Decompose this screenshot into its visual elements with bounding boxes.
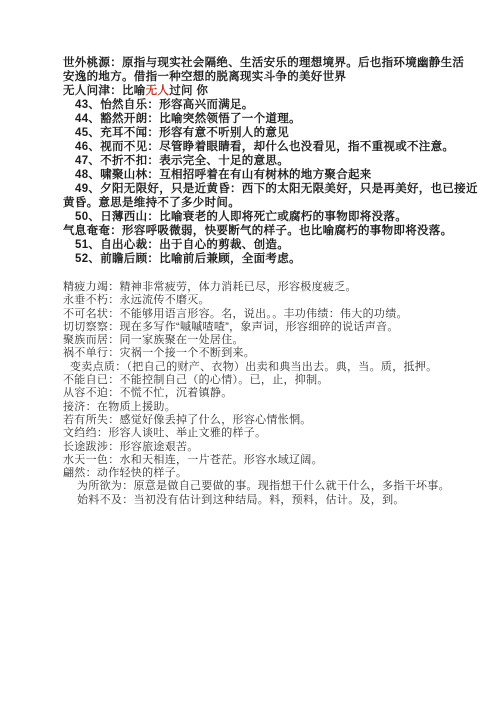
document-page: 世外桃源：原指与现实社会隔绝、生活安乐的理想境界。后也指环境幽静生活 安逸的地方… xyxy=(0,0,500,707)
idiom-line: 48、啸聚山林：互相招呼着在有山有树林的地方聚合起来 xyxy=(63,168,472,182)
idiom-line-text: 过问 你 xyxy=(169,85,208,97)
idiom-line: 51、自出心裁：出于自心的剪裁、创造。 xyxy=(63,238,472,252)
idiom-line: 接济：在物质上援助。 xyxy=(63,401,472,414)
idiom-line: 45、充耳不闻：形容有意不听别人的意见 xyxy=(63,126,472,140)
idiom-line: 46、视而不见：尽管睁着眼睛看，却什么也没看见，指不重视或不注意。 xyxy=(63,140,472,154)
idiom-line: 长途跋涉：形容旅途艰苦。 xyxy=(63,441,472,454)
idiom-line-text: 无人问津：比喻 xyxy=(63,85,146,97)
idiom-line: 文绉绉：形容人谈吐、举止文雅的样子。 xyxy=(63,427,472,440)
idiom-line: 精疲力竭：精神非常疲劳，体力消耗已尽，形容极度疲乏。 xyxy=(63,281,472,294)
idiom-line: 始料不及：当初没有估计到这种结局。料，预料，估计。及，到。 xyxy=(63,494,472,507)
idiom-line: 水天一色：水和天相连，一片苍茫。形容水域辽阔。 xyxy=(63,454,472,467)
idiom-line: 气息奄奄：形容呼吸微弱，快要断气的样子。也比喻腐朽的事物即将没落。 xyxy=(63,224,472,238)
document-content: 世外桃源：原指与现实社会隔绝、生活安乐的理想境界。后也指环境幽静生活 安逸的地方… xyxy=(63,56,472,507)
highlighted-text: 无人 xyxy=(146,85,170,97)
idiom-line: 聚族而居：同一家族聚在一处居住。 xyxy=(63,334,472,347)
idiom-line: 安逸的地方。借指一种空想的脱离现实斗争的美好世界 xyxy=(63,70,472,84)
idiom-line: 不能自已：不能控制自己（的心情）。已，止，抑制。 xyxy=(63,374,472,387)
idiom-line: 祸不单行：灾祸一个接一个不断到来。 xyxy=(63,347,472,360)
idiom-line: 永垂不朽：永远流传不磨灭。 xyxy=(63,294,472,307)
idiom-line: 47、不折不扣：表示完全、十足的意思。 xyxy=(63,154,472,168)
idiom-line: 世外桃源：原指与现实社会隔绝、生活安乐的理想境界。后也指环境幽静生活 xyxy=(63,56,472,70)
idiom-line: 不可名状：不能够用语言形容。名，说出。。丰功伟绩：伟大的功绩。 xyxy=(63,308,472,321)
idiom-line: 变卖点质：（把自己的财产、衣物）出卖和典当出去。典，当。质，抵押。 xyxy=(63,361,472,374)
idiom-line-continuation: 黄昏。意思是维持不了多少时间。 xyxy=(63,196,472,210)
idiom-line-with-highlight: 无人问津：比喻无人过问 你 xyxy=(63,84,472,98)
idiom-line: 52、前瞻后顾：比喻前后兼顾，全面考虑。 xyxy=(63,252,472,266)
idiom-line: 为所欲为：原意是做自己要做的事。现指想干什么就干什么，多指干坏事。 xyxy=(63,480,472,493)
idiom-list-plain-section: 精疲力竭：精神非常疲劳，体力消耗已尽，形容极度疲乏。 永垂不朽：永远流传不磨灭。… xyxy=(63,281,472,507)
idiom-line: 49、夕阳无限好，只是近黄昏：西下的太阳无限美好，只是再美好，也已接近 xyxy=(63,182,472,196)
idiom-list-numbered-section: 世外桃源：原指与现实社会隔绝、生活安乐的理想境界。后也指环境幽静生活 安逸的地方… xyxy=(63,56,472,266)
idiom-line: 若有所失：感觉好像丢掉了什么，形容心情怅惘。 xyxy=(63,414,472,427)
idiom-line: 从容不迫：不慌不忙，沉着镇静。 xyxy=(63,387,472,400)
idiom-line: 切切察察：现在多写作“嘁嘁喳喳”，象声词，形容细碎的说话声音。 xyxy=(63,321,472,334)
idiom-line: 50、日薄西山：比喻衰老的人即将死亡或腐朽的事物即将没落。 xyxy=(63,210,472,224)
idiom-line: 43、怡然自乐：形容高兴而满足。 xyxy=(63,98,472,112)
idiom-line: 翩然：动作轻快的样子。 xyxy=(63,467,472,480)
idiom-line: 44、豁然开朗：比喻突然领悟了一个道理。 xyxy=(63,112,472,126)
